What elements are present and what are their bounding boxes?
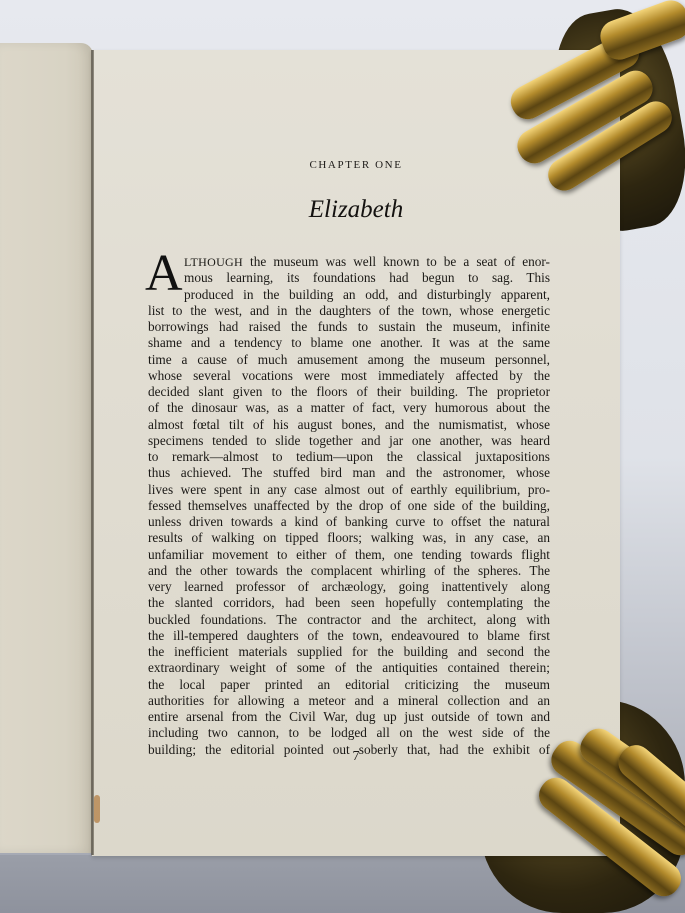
text-line: unless driven towards a kind of banking … — [148, 514, 550, 530]
page-stain — [94, 795, 100, 823]
text-line: of the dinosaur was, as a matter of fact… — [148, 400, 550, 416]
text-line: decided slant given to the floors of the… — [148, 384, 550, 400]
text-line: borrowings had raised the funds to susta… — [148, 319, 550, 335]
text-line: buckled foundations. The contractor and … — [148, 612, 550, 628]
text-line: almost fœtal tilt of his august bones, a… — [148, 417, 550, 433]
text-line: the slanted corridors, had been seen hop… — [148, 595, 550, 611]
text-line: including two cannon, to be lodged all o… — [148, 725, 550, 741]
text-line: fessed themselves unaffected by the drop… — [148, 498, 550, 514]
text-line: list to the west, and in the daughters o… — [148, 303, 550, 319]
page-number: 7 — [92, 749, 620, 765]
text-line: LTHOUGH the museum was well known to be … — [148, 254, 550, 270]
chapter-body-text: A LTHOUGH the museum was well known to b… — [148, 254, 550, 758]
text-line: thus achieved. The stuffed bird man and … — [148, 465, 550, 481]
text-line: time a cause of much amusement among the… — [148, 352, 550, 368]
text-line: the inefficient materials supplied for t… — [148, 644, 550, 660]
text-line: shame and a tendency to blame one anothe… — [148, 335, 550, 351]
text-line: and the other towards the complacent whi… — [148, 563, 550, 579]
left-page — [0, 43, 93, 853]
drop-cap: A — [145, 250, 183, 298]
text-line: specimens tended to slide together and j… — [148, 433, 550, 449]
chapter-label: CHAPTER ONE — [92, 159, 620, 171]
text-line: to remark—almost to tedium—upon the clas… — [148, 449, 550, 465]
text-line: the ill-tempered daughters of the town, … — [148, 628, 550, 644]
chapter-title: Elizabeth — [92, 196, 620, 224]
text-line: authorities for allowing a meteor and a … — [148, 693, 550, 709]
text-line: whose several vocations were most immedi… — [148, 368, 550, 384]
text-line: entire arsenal from the Civil War, dug u… — [148, 709, 550, 725]
text-line: produced in the building an odd, and dis… — [148, 287, 550, 303]
text-line: unfamiliar movement to either of them, o… — [148, 547, 550, 563]
text-line: very learned professor of archæology, go… — [148, 579, 550, 595]
text-line: lives were spent in any case almost out … — [148, 482, 550, 498]
text-line: mous learning, its foundations had begun… — [148, 270, 550, 286]
text-line: results of walking on tipped floors; wal… — [148, 530, 550, 546]
text-line: extraordinary weight of some of the anti… — [148, 660, 550, 676]
first-word-smallcaps: LTHOUGH — [184, 255, 243, 269]
text-line: the local paper printed an editorial cri… — [148, 677, 550, 693]
